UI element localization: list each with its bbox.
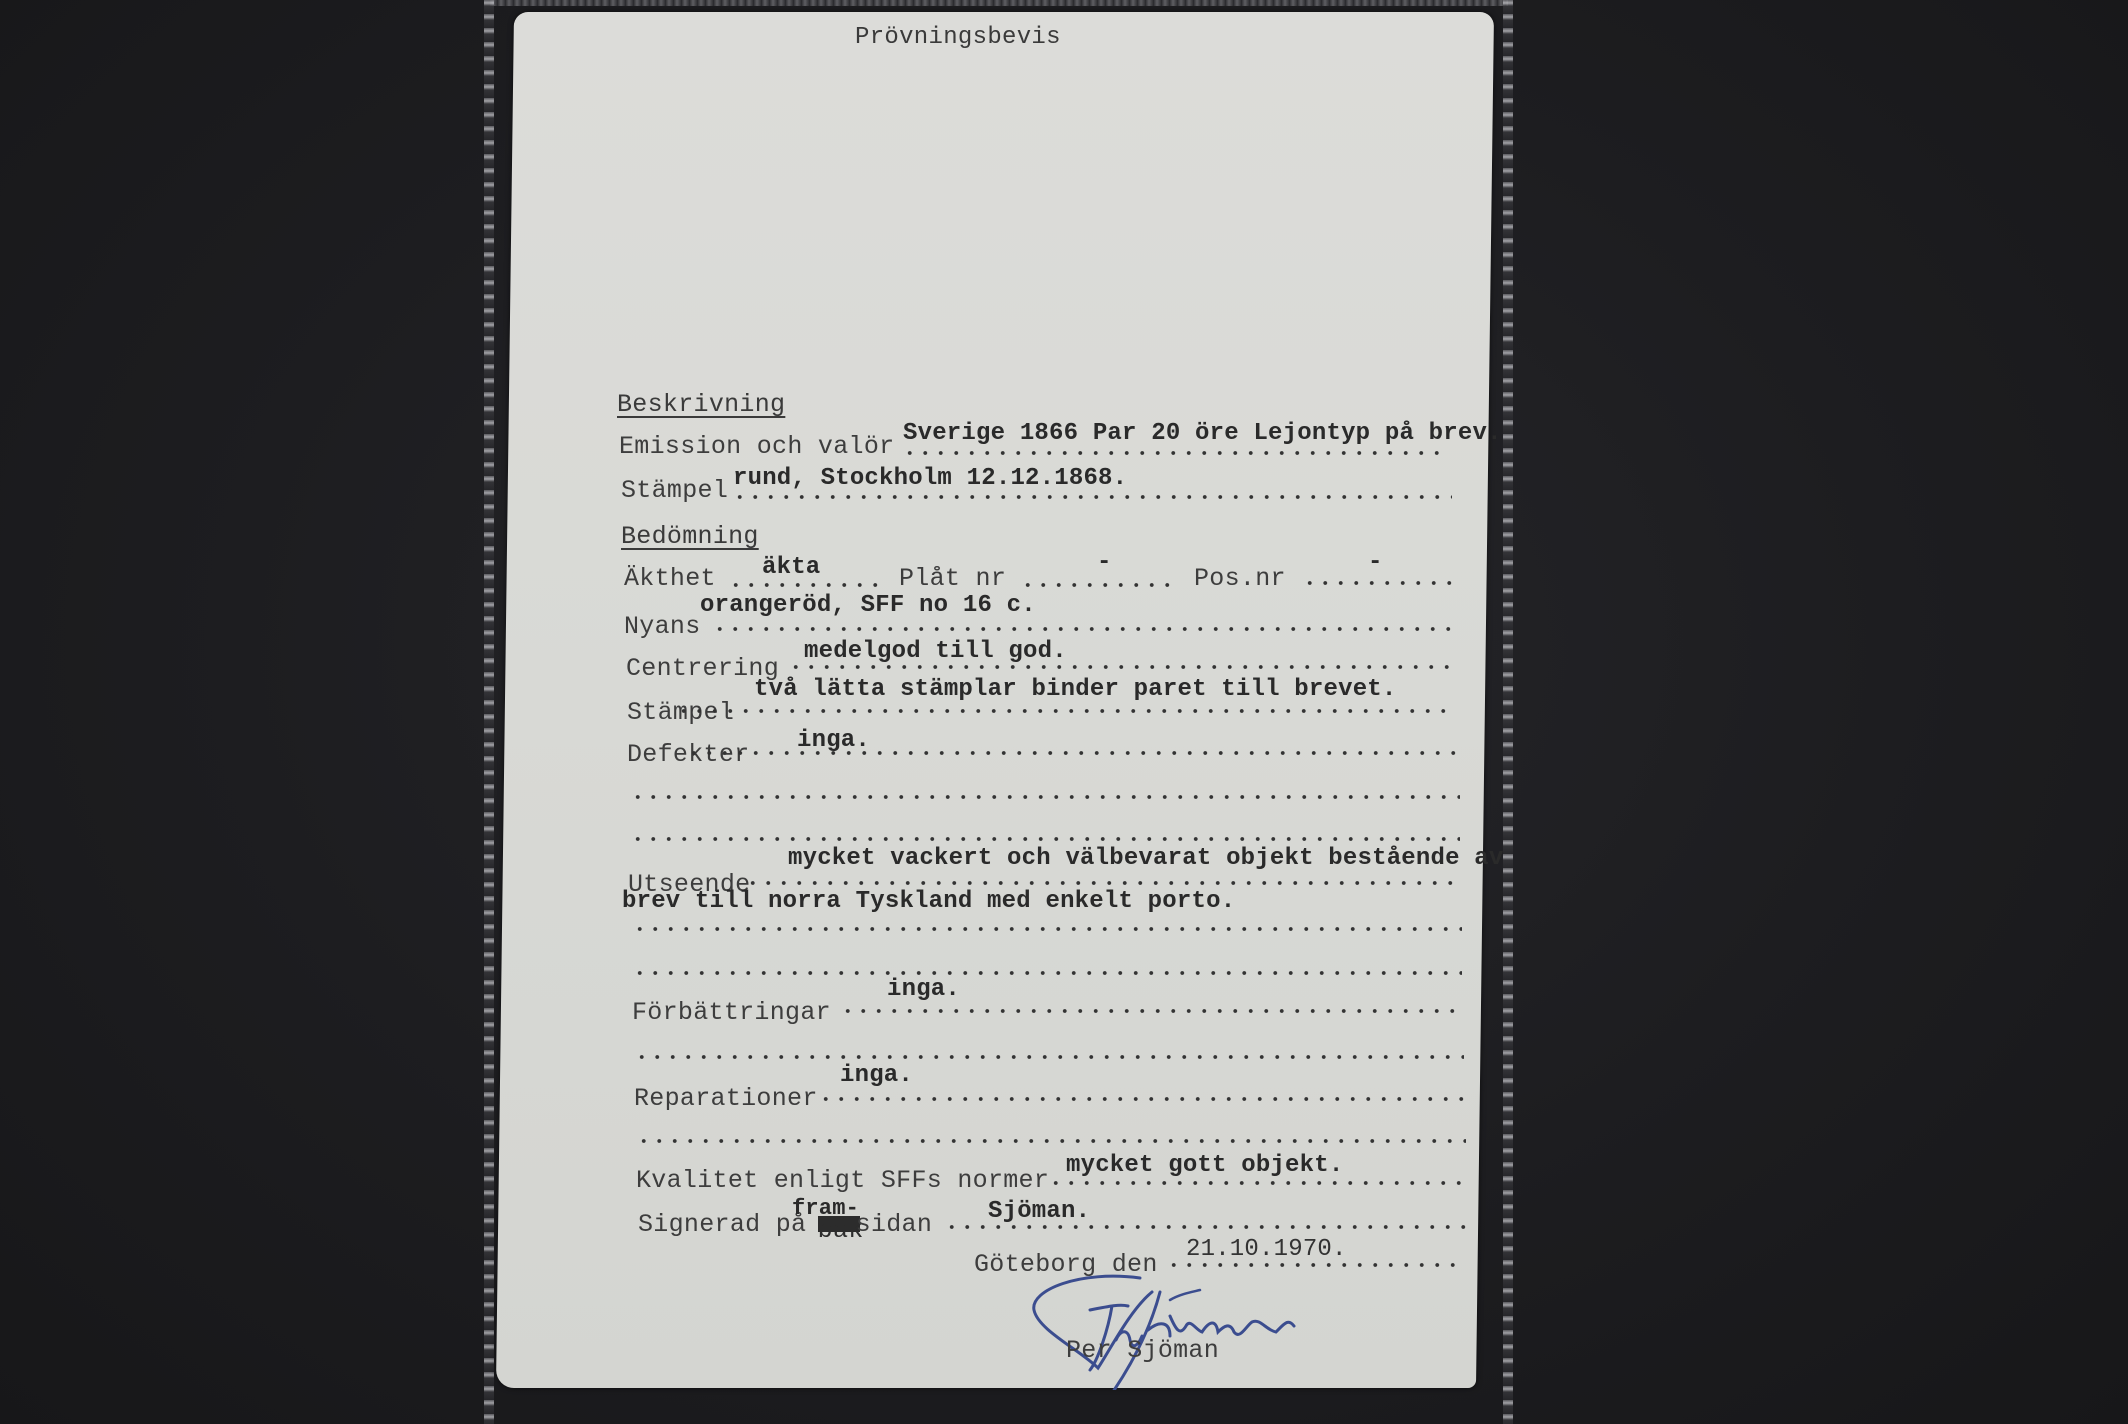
field-label-stampel-1: Stämpel bbox=[621, 476, 728, 505]
dotted-line bbox=[732, 494, 1452, 500]
dotted-line bbox=[630, 794, 1460, 800]
sleeve-left-edge bbox=[484, 0, 494, 1424]
dotted-line bbox=[1048, 1180, 1466, 1186]
field-value-stampel-2: två lätta stämplar binder paret till bre… bbox=[754, 676, 1397, 703]
dotted-line bbox=[676, 708, 1456, 714]
signatory-name: Per Sjöman bbox=[1066, 1336, 1219, 1365]
section-heading-beskrivning: Beskrivning bbox=[617, 390, 785, 419]
field-value-reparationer: inga. bbox=[840, 1062, 913, 1089]
document-title: Prövningsbevis bbox=[855, 24, 1061, 51]
field-value-utseende-continuation: brev till norra Tyskland med enkelt port… bbox=[622, 888, 1235, 915]
section-heading-bedomning: Bedömning bbox=[621, 522, 759, 551]
field-label-akthet: Äkthet bbox=[624, 564, 716, 593]
overtyped-correction: fram- bbox=[792, 1196, 859, 1221]
dotted-line bbox=[636, 1138, 1466, 1144]
dotted-line bbox=[634, 1054, 1464, 1060]
field-label-reparationer: Reparationer bbox=[634, 1084, 818, 1113]
field-value-utseende: mycket vackert och välbevarat objekt bes… bbox=[788, 845, 1504, 872]
field-label-plat-nr: Plåt nr bbox=[899, 564, 1006, 593]
field-label-pos-nr: Pos.nr bbox=[1194, 564, 1286, 593]
field-value-pos-nr: - bbox=[1368, 549, 1383, 576]
field-value-emission: Sverige 1866 Par 20 öre Lejontyp på brev… bbox=[903, 420, 1502, 447]
dotted-line bbox=[632, 970, 1462, 976]
dotted-line bbox=[1020, 582, 1180, 588]
dotted-line bbox=[728, 582, 878, 588]
field-value-akthet: äkta bbox=[762, 554, 820, 581]
signerad-suffix: sidan bbox=[856, 1210, 933, 1239]
field-label-signerad: Signerad på baksidan bbox=[638, 1210, 932, 1239]
dotted-line bbox=[902, 450, 1450, 456]
field-value-centrering: medelgod till god. bbox=[804, 638, 1067, 665]
dotted-line bbox=[712, 626, 1454, 632]
sleeve-top-edge bbox=[490, 0, 1508, 6]
field-value-defekter: inga. bbox=[797, 727, 870, 754]
field-value-kvalitet: mycket gott objekt. bbox=[1066, 1152, 1343, 1179]
sleeve-right-edge bbox=[1503, 0, 1513, 1424]
field-value-forbattringar: inga. bbox=[887, 976, 960, 1003]
dotted-line bbox=[632, 926, 1462, 932]
field-value-nyans: orangeröd, SFF no 16 c. bbox=[700, 592, 1036, 619]
field-value-signerad: Sjöman. bbox=[988, 1198, 1090, 1225]
dotted-line bbox=[1302, 580, 1454, 586]
field-label-nyans: Nyans bbox=[624, 612, 701, 641]
handwritten-signature-icon bbox=[1020, 1270, 1330, 1390]
dotted-line bbox=[818, 1096, 1466, 1102]
dotted-line bbox=[840, 1008, 1464, 1014]
field-label-forbattringar: Förbättringar bbox=[632, 998, 831, 1027]
dotted-line bbox=[630, 836, 1460, 842]
field-value-plat-nr: - bbox=[1097, 549, 1112, 576]
field-label-emission: Emission och valör bbox=[619, 432, 894, 461]
signerad-prefix: Signerad på bbox=[638, 1210, 806, 1239]
field-label-kvalitet: Kvalitet enligt SFFs normer bbox=[636, 1166, 1049, 1195]
dotted-line bbox=[745, 880, 1461, 886]
place-date-value: 21.10.1970. bbox=[1186, 1236, 1347, 1263]
field-value-stampel-1: rund, Stockholm 12.12.1868. bbox=[733, 465, 1127, 492]
